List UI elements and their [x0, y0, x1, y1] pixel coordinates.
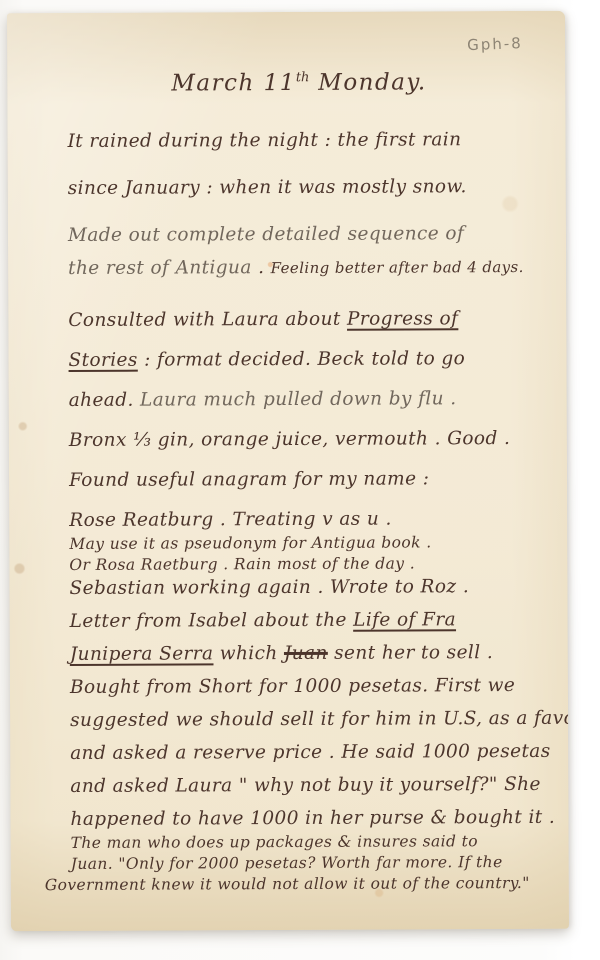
handwritten-line: Bought from Short for 1000 pesetas. Firs…	[70, 672, 554, 702]
handwritten-segment: and asked Laura " why not buy it yoursel…	[70, 774, 541, 797]
handwritten-line: Government knew it would not allow it ou…	[45, 872, 555, 897]
handwritten-line: happened to have 1000 in her purse & bou…	[70, 804, 554, 834]
handwritten-segment: ahead.	[69, 390, 140, 411]
handwritten-line: Consulted with Laura about Progress of	[68, 305, 552, 335]
handwritten-segment: Bronx ⅓ gin, orange juice, vermouth . Go…	[69, 428, 510, 451]
handwritten-segment: Laura much pulled down by flu .	[140, 388, 457, 410]
handwritten-line: Found useful anagram for my name :	[69, 465, 553, 495]
handwritten-segment: Feeling better after bad 4 days.	[271, 258, 524, 277]
handwritten-segment: Life of Fra	[353, 609, 456, 630]
handwritten-line: It rained during the night : the first r…	[68, 126, 552, 156]
handwritten-line: the rest of Antigua . Feeling better aft…	[68, 253, 552, 283]
handwritten-segment: Junipera Serra	[70, 643, 214, 665]
handwritten-line: Sebastian working again . Wrote to Roz .	[69, 573, 553, 603]
handwritten-segment: Stories	[68, 350, 137, 371]
handwritten-segment: Bought from Short for 1000 pesetas. Firs…	[70, 675, 515, 698]
handwritten-segment: Letter from Isabel about the	[70, 610, 354, 632]
handwritten-segment: suggested we should sell it for him in U…	[70, 708, 569, 731]
entry-title: March 11th Monday.	[171, 69, 551, 97]
paper-sheet: Gph-8 March 11th Monday. It rained durin…	[7, 11, 569, 931]
entry-title-day: Monday.	[309, 69, 426, 96]
entry-title-ordinal: th	[296, 70, 310, 85]
handwritten-segment: since January : when it was mostly snow.	[68, 176, 467, 199]
handwritten-line: suggested we should sell it for him in U…	[70, 705, 554, 735]
handwritten-segment: happened to have 1000 in her purse & bou…	[70, 807, 555, 830]
handwritten-segment: Government knew it would not allow it ou…	[45, 874, 530, 894]
handwritten-segment: and asked a reserve price . He said 1000…	[70, 741, 550, 764]
handwritten-segment: sent her to sell .	[328, 642, 493, 664]
handwritten-segment: Progress of	[347, 308, 458, 329]
handwritten-segment: Consulted with Laura about	[68, 309, 347, 331]
handwritten-segment: Found useful anagram for my name :	[69, 468, 429, 491]
handwritten-segment: Sebastian working again . Wrote to Roz .	[69, 576, 469, 599]
handwritten-segment: which	[213, 643, 284, 664]
handwritten-line: Bronx ⅓ gin, orange juice, vermouth . Go…	[69, 425, 553, 455]
handwritten-segment: the rest of Antigua	[68, 257, 252, 279]
handwritten-segment: Made out complete detailed sequence of	[68, 223, 464, 246]
handwritten-line: ahead. Laura much pulled down by flu .	[69, 385, 553, 415]
handwritten-segment: May use it as pseudonym for Antigua book…	[69, 533, 431, 553]
handwritten-segment: : format decided. Beck told to go	[138, 348, 466, 370]
scan-background: Gph-8 March 11th Monday. It rained durin…	[0, 0, 600, 960]
handwritten-segment: Juan. "Only for 2000 pesetas? Worth far …	[71, 853, 503, 873]
handwritten-segment: It rained during the night : the first r…	[68, 129, 462, 152]
handwritten-line: Letter from Isabel about the Life of Fra	[70, 606, 554, 636]
handwritten-line: since January : when it was mostly snow.	[68, 173, 552, 203]
handwritten-segment: Juan	[284, 643, 328, 664]
handwritten-line: and asked Laura " why not buy it yoursel…	[70, 771, 554, 801]
handwritten-line: and asked a reserve price . He said 1000…	[70, 738, 554, 768]
handwritten-line: Stories : format decided. Beck told to g…	[68, 345, 552, 375]
entry-title-date: March 11	[171, 70, 296, 97]
handwritten-line: Made out complete detailed sequence of	[68, 220, 552, 250]
handwritten-segment: Rose Reatburg . Treating v as u .	[69, 509, 392, 531]
handwritten-segment: .	[252, 257, 271, 278]
handwritten-segment: The man who does up packages & insures s…	[71, 832, 478, 852]
diary-content: March 11th Monday. It rained during the …	[7, 11, 569, 931]
diary-lines: It rained during the night : the first r…	[68, 126, 555, 897]
handwritten-line: Junipera Serra which Juan sent her to se…	[70, 639, 554, 669]
handwritten-segment: Or Rosa Raetburg . Rain most of the day …	[69, 554, 415, 574]
